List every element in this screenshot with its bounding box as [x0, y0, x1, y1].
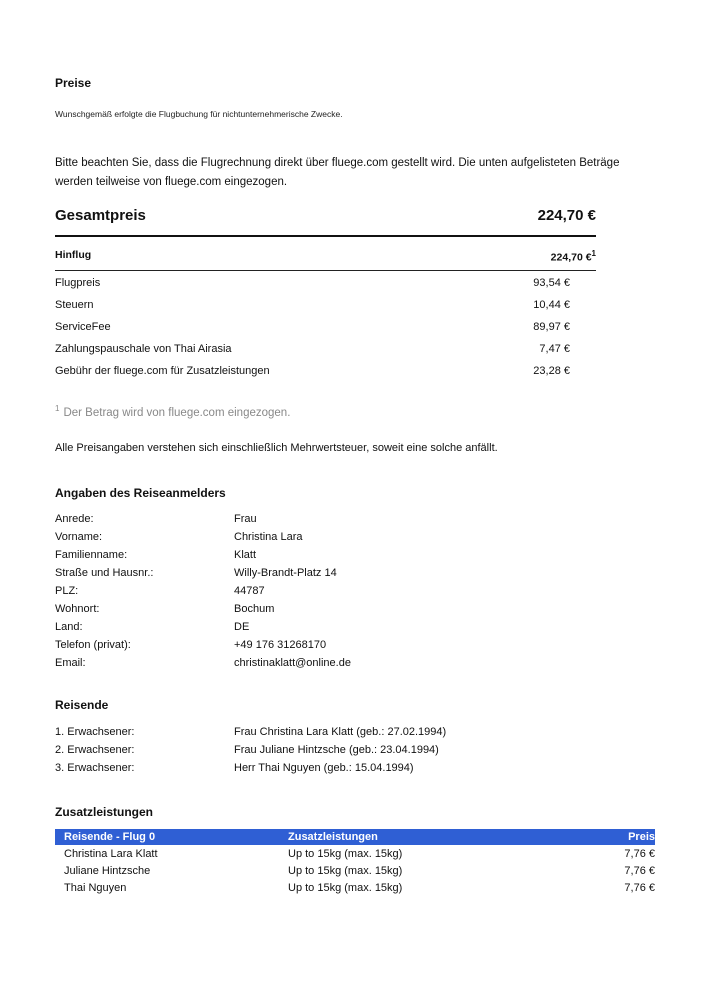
- table-row: Thai Nguyen Up to 15kg (max. 15kg) 7,76 …: [55, 879, 655, 896]
- applicant-field: Land:DE: [55, 619, 351, 637]
- traveler-label: 3. Erwachsener:: [55, 760, 234, 778]
- price-line-label: Flugpreis: [55, 275, 100, 297]
- table-row: Juliane Hintzsche Up to 15kg (max. 15kg)…: [55, 862, 655, 879]
- field-value: Frau: [234, 511, 257, 529]
- applicant-field: Straße und Hausnr.:Willy-Brandt-Platz 14: [55, 565, 351, 583]
- field-label: PLZ:: [55, 583, 234, 601]
- footnote-mark: 1: [55, 404, 59, 413]
- applicant-field: Telefon (privat):+49 176 31268170: [55, 637, 351, 655]
- addons-heading: Zusatzleistungen: [55, 805, 153, 819]
- applicant-field: Familienname:Klatt: [55, 547, 351, 565]
- price-cell: 7,76 €: [538, 845, 655, 862]
- applicant-details: Anrede:Frau Vorname:Christina Lara Famil…: [55, 511, 351, 673]
- price-line-value: 23,28 €: [533, 363, 570, 385]
- divider: [55, 235, 596, 237]
- applicant-field: Vorname:Christina Lara: [55, 529, 351, 547]
- traveler-cell: Thai Nguyen: [55, 879, 279, 896]
- travelers-list: 1. Erwachsener:Frau Christina Lara Klatt…: [55, 724, 446, 778]
- prices-heading: Preise: [55, 76, 91, 90]
- applicant-field: PLZ:44787: [55, 583, 351, 601]
- field-label: Anrede:: [55, 511, 234, 529]
- applicant-heading: Angaben des Reiseanmelders: [55, 486, 226, 500]
- field-value: 44787: [234, 583, 265, 601]
- price-line-value: 10,44 €: [533, 297, 570, 319]
- footnote-text: Der Betrag wird von fluege.com eingezoge…: [63, 407, 290, 419]
- field-value: Klatt: [234, 547, 256, 565]
- applicant-field: Anrede:Frau: [55, 511, 351, 529]
- field-label: Vorname:: [55, 529, 234, 547]
- addon-cell: Up to 15kg (max. 15kg): [279, 879, 538, 896]
- divider: [55, 270, 596, 271]
- traveler-cell: Christina Lara Klatt: [55, 845, 279, 862]
- field-label: Land:: [55, 619, 234, 637]
- traveler-item: 1. Erwachsener:Frau Christina Lara Klatt…: [55, 724, 446, 742]
- field-value: +49 176 31268170: [234, 637, 326, 655]
- table-row: Christina Lara Klatt Up to 15kg (max. 15…: [55, 845, 655, 862]
- outbound-leg-label: Hinflug: [55, 249, 91, 264]
- outbound-leg-row: Hinflug 224,70 €1: [55, 249, 596, 264]
- traveler-value: Herr Thai Nguyen (geb.: 15.04.1994): [234, 760, 414, 778]
- traveler-label: 2. Erwachsener:: [55, 742, 234, 760]
- addon-cell: Up to 15kg (max. 15kg): [279, 862, 538, 879]
- price-cell: 7,76 €: [538, 862, 655, 879]
- field-value: DE: [234, 619, 249, 637]
- price-line-value: 89,97 €: [533, 319, 570, 341]
- field-label: Wohnort:: [55, 601, 234, 619]
- price-line-label: ServiceFee: [55, 319, 111, 341]
- total-price-label: Gesamtpreis: [55, 207, 146, 224]
- price-breakdown: Flugpreis 93,54 € Steuern 10,44 € Servic…: [55, 275, 570, 385]
- field-label: Telefon (privat):: [55, 637, 234, 655]
- outbound-leg-value: 224,70 €: [551, 252, 592, 264]
- column-header-addons: Zusatzleistungen: [279, 829, 538, 845]
- traveler-item: 2. Erwachsener:Frau Juliane Hintzsche (g…: [55, 742, 446, 760]
- price-line-value: 93,54 €: [533, 275, 570, 297]
- traveler-value: Frau Christina Lara Klatt (geb.: 27.02.1…: [234, 724, 446, 742]
- addon-cell: Up to 15kg (max. 15kg): [279, 845, 538, 862]
- price-line: Gebühr der fluege.com für Zusatzleistung…: [55, 363, 570, 385]
- footnote-mark: 1: [592, 249, 596, 258]
- price-line-label: Steuern: [55, 297, 94, 319]
- traveler-cell: Juliane Hintzsche: [55, 862, 279, 879]
- vat-note: Alle Preisangaben verstehen sich einschl…: [55, 442, 498, 454]
- addons-table: Reisende - Flug 0 Zusatzleistungen Preis…: [55, 829, 655, 896]
- outbound-leg-value-wrap: 224,70 €1: [551, 249, 596, 264]
- invoice-intro: Bitte beachten Sie, dass die Flugrechnun…: [55, 154, 625, 192]
- footnote: 1Der Betrag wird von fluege.com eingezog…: [55, 404, 290, 419]
- table-header-row: Reisende - Flug 0 Zusatzleistungen Preis: [55, 829, 655, 845]
- purpose-note: Wunschgemäß erfolgte die Flugbuchung für…: [55, 109, 343, 119]
- field-label: Straße und Hausnr.:: [55, 565, 234, 583]
- price-line: Flugpreis 93,54 €: [55, 275, 570, 297]
- field-value: Christina Lara: [234, 529, 302, 547]
- column-header-travelers: Reisende - Flug 0: [55, 829, 279, 845]
- applicant-field: Email:christinaklatt@online.de: [55, 655, 351, 673]
- price-line: Zahlungspauschale von Thai Airasia 7,47 …: [55, 341, 570, 363]
- column-header-price: Preis: [538, 829, 655, 845]
- field-value: Bochum: [234, 601, 274, 619]
- price-line-value: 7,47 €: [539, 341, 570, 363]
- traveler-item: 3. Erwachsener:Herr Thai Nguyen (geb.: 1…: [55, 760, 446, 778]
- price-line-label: Zahlungspauschale von Thai Airasia: [55, 341, 232, 363]
- total-price-row: Gesamtpreis 224,70 €: [55, 207, 596, 224]
- travelers-heading: Reisende: [55, 698, 108, 712]
- field-value: Willy-Brandt-Platz 14: [234, 565, 337, 583]
- field-label: Email:: [55, 655, 234, 673]
- price-cell: 7,76 €: [538, 879, 655, 896]
- price-line: Steuern 10,44 €: [55, 297, 570, 319]
- traveler-label: 1. Erwachsener:: [55, 724, 234, 742]
- applicant-field: Wohnort:Bochum: [55, 601, 351, 619]
- field-value: christinaklatt@online.de: [234, 655, 351, 673]
- traveler-value: Frau Juliane Hintzsche (geb.: 23.04.1994…: [234, 742, 439, 760]
- total-price-value: 224,70 €: [538, 207, 596, 224]
- price-line: ServiceFee 89,97 €: [55, 319, 570, 341]
- field-label: Familienname:: [55, 547, 234, 565]
- price-line-label: Gebühr der fluege.com für Zusatzleistung…: [55, 363, 270, 385]
